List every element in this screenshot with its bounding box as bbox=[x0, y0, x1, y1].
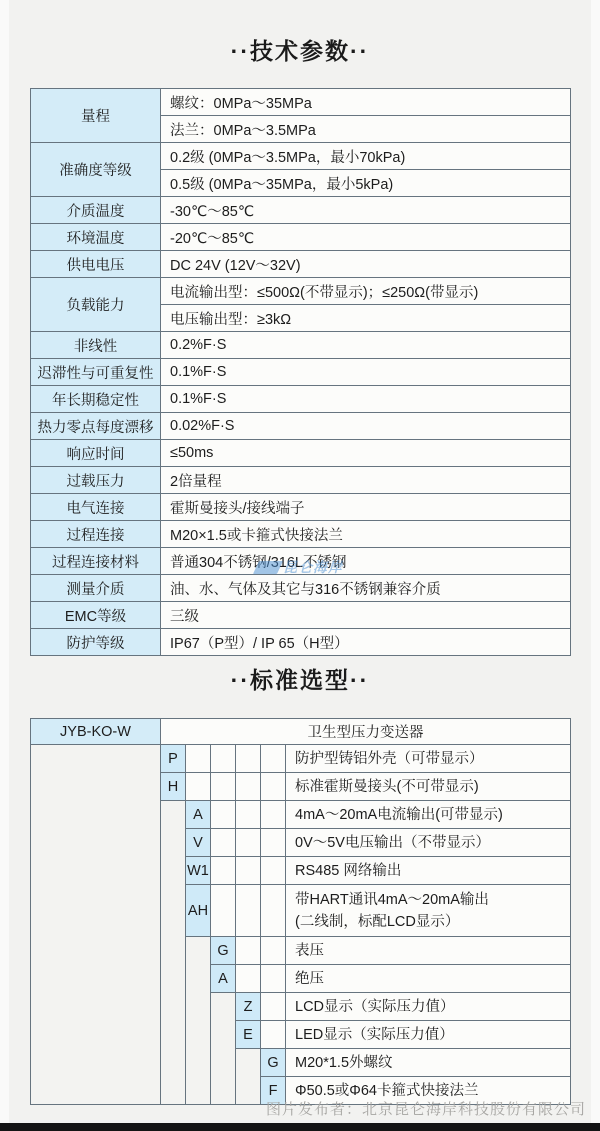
spec-value: DC 24V (12V～32V) bbox=[161, 251, 571, 278]
spec-label: 测量介质 bbox=[31, 575, 161, 602]
empty-cell bbox=[261, 937, 286, 965]
empty-level2-column bbox=[186, 937, 211, 1105]
empty-level3-column bbox=[211, 993, 236, 1105]
empty-cell bbox=[211, 745, 236, 773]
spec-value: 霍斯曼接头/接线端子 bbox=[161, 494, 571, 521]
spec-label: 准确度等级 bbox=[31, 143, 161, 197]
desc-cell: 表压 bbox=[286, 937, 571, 965]
empty-cell bbox=[261, 993, 286, 1021]
spec-value: 0.5级 (0MPa～35MPa，最小5kPa) bbox=[161, 170, 571, 197]
spec-label: 过载压力 bbox=[31, 467, 161, 494]
desc-cell: 标准霍斯曼接头(不可带显示) bbox=[286, 773, 571, 801]
empty-cell bbox=[261, 857, 286, 885]
spec-value: 螺纹：0MPa～35MPa bbox=[161, 89, 571, 116]
code-cell: P bbox=[161, 745, 186, 773]
spec-label: 过程连接材料 bbox=[31, 548, 161, 575]
empty-cell bbox=[261, 829, 286, 857]
code-cell: A bbox=[186, 801, 211, 829]
spec-row-process-connection: 过程连接 M20×1.5或卡箍式快接法兰 bbox=[31, 521, 571, 548]
page-right-margin bbox=[591, 0, 600, 1131]
empty-cell bbox=[261, 745, 286, 773]
model-cell: JYB-KO-W bbox=[31, 719, 161, 745]
desc-cell: 带HART通讯4mA～20mA输出 (二线制，标配LCD显示） bbox=[286, 885, 571, 937]
empty-cell bbox=[236, 801, 261, 829]
code-cell: W1 bbox=[186, 857, 211, 885]
desc-cell: 防护型铸铝外壳（可带显示） bbox=[286, 745, 571, 773]
spec-label: 过程连接 bbox=[31, 521, 161, 548]
empty-cell bbox=[236, 937, 261, 965]
empty-cell bbox=[211, 829, 236, 857]
spec-row-overload: 过载压力 2倍量程 bbox=[31, 467, 571, 494]
empty-cell bbox=[236, 745, 261, 773]
desc-cell: 4mA～20mA电流输出(可带显示) bbox=[286, 801, 571, 829]
desc-cell: M20*1.5外螺纹 bbox=[286, 1049, 571, 1077]
spec-label: 介质温度 bbox=[31, 197, 161, 224]
empty-cell bbox=[261, 773, 286, 801]
spec-value: 0.1%F·S bbox=[161, 359, 571, 386]
empty-cell bbox=[186, 745, 211, 773]
product-name-cell: 卫生型压力变送器 bbox=[161, 719, 571, 745]
empty-cell bbox=[261, 885, 286, 937]
row-code-p: P 防护型铸铝外壳（可带显示） bbox=[31, 745, 571, 773]
spec-value: -30℃～85℃ bbox=[161, 197, 571, 224]
desc-cell: LCD显示（实际压力值） bbox=[286, 993, 571, 1021]
standard-selection-table: JYB-KO-W 卫生型压力变送器 P 防护型铸铝外壳（可带显示） H 标准霍斯… bbox=[30, 718, 571, 1105]
empty-cell bbox=[261, 965, 286, 993]
empty-cell bbox=[211, 773, 236, 801]
spec-label: 响应时间 bbox=[31, 440, 161, 467]
section-title-standard-selection: ··标准选型·· bbox=[0, 662, 600, 695]
empty-cell bbox=[211, 885, 236, 937]
empty-cell bbox=[261, 801, 286, 829]
spec-row-emc: EMC等级 三级 bbox=[31, 602, 571, 629]
spec-value: 2倍量程 bbox=[161, 467, 571, 494]
spec-row-range-thread: 量程 螺纹：0MPa～35MPa bbox=[31, 89, 571, 116]
spec-value: 普通304不锈钢/316L不锈钢 bbox=[161, 548, 571, 575]
spec-row-nonlinearity: 非线性 0.2%F·S bbox=[31, 332, 571, 359]
empty-model-column bbox=[31, 745, 161, 1105]
spec-value: 0.1%F·S bbox=[161, 386, 571, 413]
spec-label: 电气连接 bbox=[31, 494, 161, 521]
spec-label: EMC等级 bbox=[31, 602, 161, 629]
spec-value: 三级 bbox=[161, 602, 571, 629]
spec-row-hysteresis: 迟滞性与可重复性 0.1%F·S bbox=[31, 359, 571, 386]
desc-cell: LED显示（实际压力值） bbox=[286, 1021, 571, 1049]
spec-value: 电压输出型：≥3kΩ bbox=[161, 305, 571, 332]
spec-row-medium-temperature: 介质温度 -30℃～85℃ bbox=[31, 197, 571, 224]
spec-label: 环境温度 bbox=[31, 224, 161, 251]
code-cell: V bbox=[186, 829, 211, 857]
desc-cell: 0V～5V电压输出（不带显示） bbox=[286, 829, 571, 857]
footer-publisher-credit: 图片发布者：北京昆仑海岸科技股份有限公司 bbox=[266, 1098, 586, 1119]
spec-row-stability: 年长期稳定性 0.1%F·S bbox=[31, 386, 571, 413]
spec-row-supply-voltage: 供电电压 DC 24V (12V～32V) bbox=[31, 251, 571, 278]
empty-cell bbox=[261, 1021, 286, 1049]
empty-cell bbox=[236, 857, 261, 885]
spec-label: 非线性 bbox=[31, 332, 161, 359]
spec-value: -20℃～85℃ bbox=[161, 224, 571, 251]
spec-value: 法兰：0MPa～3.5MPa bbox=[161, 116, 571, 143]
spec-label: 热力零点每度漂移 bbox=[31, 413, 161, 440]
empty-cell bbox=[236, 965, 261, 993]
bottom-black-bar bbox=[0, 1123, 600, 1131]
spec-value: 0.2级 (0MPa～3.5MPa，最小70kPa) bbox=[161, 143, 571, 170]
spec-label: 量程 bbox=[31, 89, 161, 143]
spec-value: 电流输出型：≤500Ω(不带显示)；≤250Ω(带显示) bbox=[161, 278, 571, 305]
spec-row-protection: 防护等级 IP67（P型）/ IP 65（H型） bbox=[31, 629, 571, 656]
spec-value: ≤50ms bbox=[161, 440, 571, 467]
code-cell: Z bbox=[236, 993, 261, 1021]
empty-cell bbox=[236, 829, 261, 857]
code-cell: G bbox=[261, 1049, 286, 1077]
spec-row-electrical-connection: 电气连接 霍斯曼接头/接线端子 bbox=[31, 494, 571, 521]
spec-row-thermal-drift: 热力零点每度漂移 0.02%F·S bbox=[31, 413, 571, 440]
spec-value: IP67（P型）/ IP 65（H型） bbox=[161, 629, 571, 656]
spec-value: M20×1.5或卡箍式快接法兰 bbox=[161, 521, 571, 548]
spec-label: 供电电压 bbox=[31, 251, 161, 278]
code-cell: AH bbox=[186, 885, 211, 937]
code-cell: H bbox=[161, 773, 186, 801]
spec-row-response-time: 响应时间 ≤50ms bbox=[31, 440, 571, 467]
empty-cell bbox=[186, 773, 211, 801]
spec-row-accuracy-02: 准确度等级 0.2级 (0MPa～3.5MPa，最小70kPa) bbox=[31, 143, 571, 170]
empty-cell bbox=[211, 801, 236, 829]
empty-cell bbox=[211, 857, 236, 885]
desc-cell: RS485 网络输出 bbox=[286, 857, 571, 885]
page-left-margin bbox=[0, 0, 9, 1131]
spec-label: 迟滞性与可重复性 bbox=[31, 359, 161, 386]
spec-value: 0.02%F·S bbox=[161, 413, 571, 440]
empty-cell bbox=[236, 885, 261, 937]
technical-parameters-table: 量程 螺纹：0MPa～35MPa 法兰：0MPa～3.5MPa 准确度等级 0.… bbox=[30, 88, 571, 656]
section-title-technical-parameters: ··技术参数·· bbox=[0, 33, 600, 66]
spec-label: 防护等级 bbox=[31, 629, 161, 656]
code-cell: A bbox=[211, 965, 236, 993]
desc-cell: 绝压 bbox=[286, 965, 571, 993]
spec-value: 0.2%F·S bbox=[161, 332, 571, 359]
empty-cell bbox=[236, 773, 261, 801]
code-cell: G bbox=[211, 937, 236, 965]
spec-row-connection-material: 过程连接材料 普通304不锈钢/316L不锈钢 bbox=[31, 548, 571, 575]
spec-row-ambient-temperature: 环境温度 -20℃～85℃ bbox=[31, 224, 571, 251]
selection-header-row: JYB-KO-W 卫生型压力变送器 bbox=[31, 719, 571, 745]
spec-label: 年长期稳定性 bbox=[31, 386, 161, 413]
spec-value: 油、水、气体及其它与316不锈钢兼容介质 bbox=[161, 575, 571, 602]
spec-row-measured-medium: 测量介质 油、水、气体及其它与316不锈钢兼容介质 bbox=[31, 575, 571, 602]
code-cell: E bbox=[236, 1021, 261, 1049]
spec-row-load-current: 负载能力 电流输出型：≤500Ω(不带显示)；≤250Ω(带显示) bbox=[31, 278, 571, 305]
empty-level1-column bbox=[161, 801, 186, 1105]
empty-level4-column bbox=[236, 1049, 261, 1105]
spec-label: 负载能力 bbox=[31, 278, 161, 332]
